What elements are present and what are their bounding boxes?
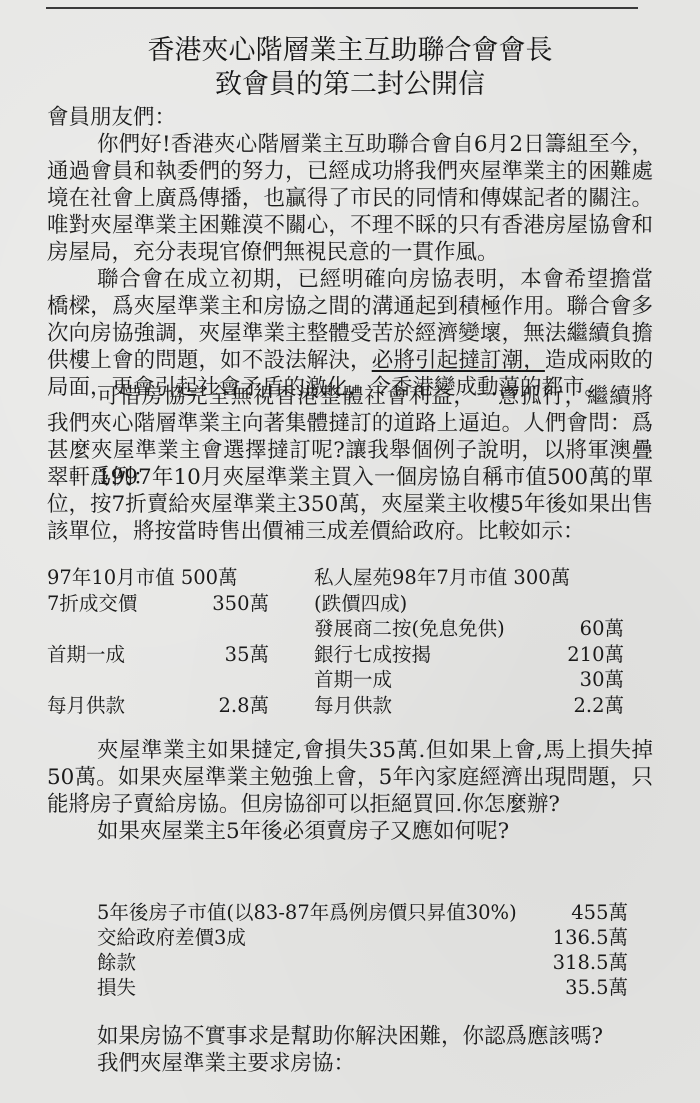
row-value: 318.5萬 <box>553 950 628 975</box>
comparison-left-row: 首期一成35萬 <box>47 642 269 668</box>
row-value: 35.5萬 <box>565 975 628 1000</box>
resale-calculation-table: 5年後房子市值(以83-87年爲例房價只昇值30%)455萬 交給政府差價3成1… <box>97 900 628 1000</box>
comparison-right-row: 銀行七成按揭210萬 <box>314 642 624 668</box>
row-label: 7折成交價 <box>47 591 137 617</box>
calculation-row: 餘款318.5萬 <box>97 950 628 975</box>
row-value: 35萬 <box>225 642 269 668</box>
comparison-right-row: (跌價四成) <box>314 591 624 617</box>
scanned-page: 香港夾心階層業主互助聯合會會長 致會員的第二封公開信 會員朋友們： 你們好!香港… <box>0 0 700 1103</box>
comparison-table-left: 97年10月市值 500萬 7折成交價350萬 首期一成35萬 每月供款2.8萬 <box>47 565 269 718</box>
row-value: 455萬 <box>571 900 628 925</box>
row-label: 首期一成 <box>47 642 125 668</box>
comparison-right-row: 私人屋苑98年7月市值 300萬 <box>314 565 624 591</box>
comparison-right-row: 每月供款2.2萬 <box>314 693 624 719</box>
paragraph-1-text: 你們好!香港夾心階層業主互助聯合會自6月2日籌組至今，通過會員和執委們的努力，已… <box>47 131 653 266</box>
paragraph-4-text: 1997年10月夾屋準業主買入一個房協自稱市值500萬的單位，按7折賣給夾屋準業… <box>47 464 653 545</box>
paragraph-2-text: 聯合會在成立初期，已經明確向房協表明，本會希望擔當橋樑，爲夾屋準業主和房協之間的… <box>47 266 653 401</box>
row-label: 私人屋苑98年7月市值 300萬 <box>314 565 570 591</box>
row-value: 2.2萬 <box>573 693 624 719</box>
row-label: 發展商二按(免息免供) <box>314 616 505 642</box>
paragraph-8: 我們夾屋準業主要求房協： <box>97 1050 355 1077</box>
top-rule-divider <box>46 7 638 9</box>
row-label: 交給政府差價3成 <box>97 925 246 950</box>
row-value: 350萬 <box>212 591 269 617</box>
comparison-left-row <box>47 616 269 642</box>
row-value: 136.5萬 <box>553 925 628 950</box>
comparison-left-row: 7折成交價350萬 <box>47 591 269 617</box>
comparison-table-right: 私人屋苑98年7月市值 300萬 (跌價四成) 發展商二按(免息免供)60萬 銀… <box>314 565 624 718</box>
paragraph-1: 你們好!香港夾心階層業主互助聯合會自6月2日籌組至今，通過會員和執委們的努力，已… <box>47 131 653 266</box>
row-value: 60萬 <box>580 616 624 642</box>
calculation-row: 交給政府差價3成136.5萬 <box>97 925 628 950</box>
row-label: 餘款 <box>97 950 136 975</box>
row-value: 210萬 <box>567 642 624 668</box>
row-label: 首期一成 <box>314 667 392 693</box>
paragraph-2-emphasis: 必將引起撻訂潮， <box>372 348 545 373</box>
paragraph-7: 如果房協不實事求是幫助你解決困難，你認爲應該嗎? <box>97 1023 603 1050</box>
row-value: 30萬 <box>580 667 624 693</box>
paragraph-5-text: 夾屋準業主如果撻定,會損失35萬.但如果上會,馬上損失掉50萬。如果夾屋準業主勉… <box>47 737 653 818</box>
comparison-left-row: 97年10月市值 500萬 <box>47 565 269 591</box>
row-label: 銀行七成按揭 <box>314 642 431 668</box>
row-label: 每月供款 <box>47 693 125 719</box>
document-title-line-1: 香港夾心階層業主互助聯合會會長 <box>0 34 700 68</box>
row-label: 損失 <box>97 975 136 1000</box>
comparison-left-row <box>47 667 269 693</box>
salutation: 會員朋友們： <box>47 104 653 131</box>
paragraph-5: 夾屋準業主如果撻定,會損失35萬.但如果上會,馬上損失掉50萬。如果夾屋準業主勉… <box>47 737 653 818</box>
paragraph-4: 1997年10月夾屋準業主買入一個房協自稱市值500萬的單位，按7折賣給夾屋準業… <box>47 464 653 545</box>
paragraph-2: 聯合會在成立初期，已經明確向房協表明，本會希望擔當橋樑，爲夾屋準業主和房協之間的… <box>47 266 653 401</box>
row-label: (跌價四成) <box>314 591 407 617</box>
row-label: 5年後房子市值(以83-87年爲例房價只昇值30%) <box>97 900 517 925</box>
calculation-row: 損失35.5萬 <box>97 975 628 1000</box>
comparison-right-row: 首期一成30萬 <box>314 667 624 693</box>
row-label: 97年10月市值 500萬 <box>47 565 238 591</box>
paragraph-6: 如果夾屋業主5年後必須賣房子又應如何呢? <box>97 818 509 845</box>
row-label: 每月供款 <box>314 693 392 719</box>
row-value: 2.8萬 <box>218 693 269 719</box>
document-title-line-2: 致會員的第二封公開信 <box>0 68 700 102</box>
comparison-right-row: 發展商二按(免息免供)60萬 <box>314 616 624 642</box>
comparison-left-row: 每月供款2.8萬 <box>47 693 269 719</box>
calculation-row: 5年後房子市值(以83-87年爲例房價只昇值30%)455萬 <box>97 900 628 925</box>
